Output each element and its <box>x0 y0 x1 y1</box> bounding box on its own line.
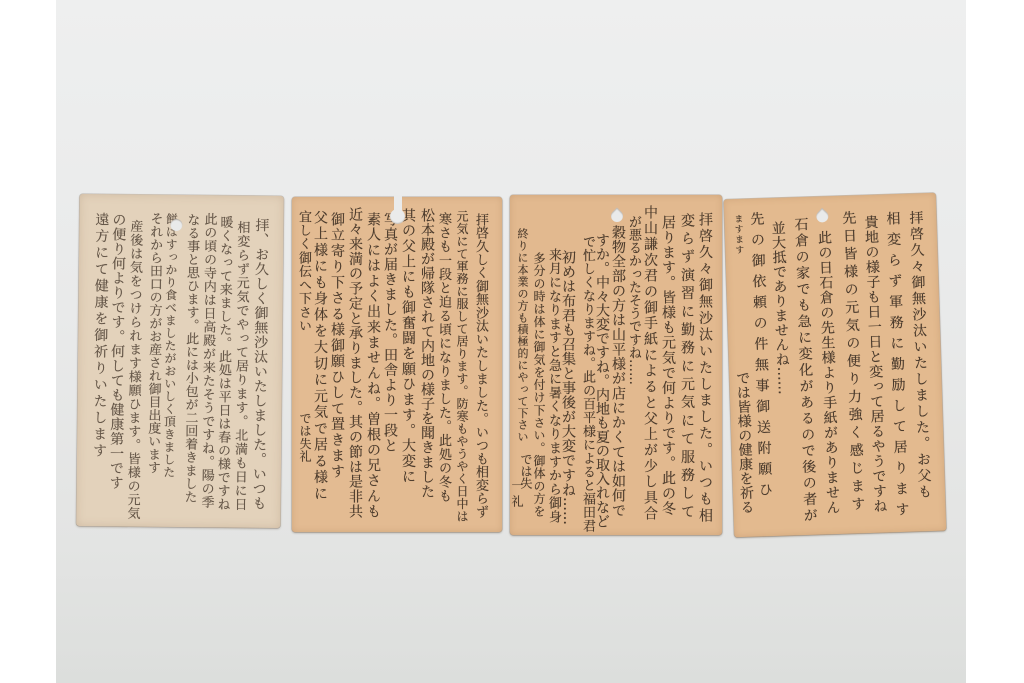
punch-hole <box>170 219 182 231</box>
text-column: 居ります。皆様も元気で何よりです。此の冬 <box>659 215 677 515</box>
text-column: 中山謙次君の御手紙によると父上が少し具合 <box>641 205 659 520</box>
text-column: 寒さも一段と迫る頃になりました。此処の冬も <box>434 212 452 502</box>
text-column: 終りに本業の方も積極的にやって下さい <box>513 228 531 442</box>
signoff: 一礼 <box>508 479 526 507</box>
text-column: 拝啓久々御無沙汰いたしました。お父も <box>906 210 933 498</box>
postcard-3: 拝啓久々御無沙汰いたしました。いつも相 変らず演習に勤務に元気にて服務して 居り… <box>510 195 722 535</box>
text-column: で忙しくなりますね。此の百平様によると福田君 <box>578 235 596 532</box>
text-column: 遠方にて健康を御祈りいたします <box>90 212 111 457</box>
text-column: それから田口の方がお産され御目出度います <box>143 212 164 474</box>
text-column: ますます <box>730 214 745 254</box>
text-column: 拝、お久しく御無沙汰いたしました。いつも <box>249 218 270 510</box>
postcard-1: 拝、お久しく御無沙汰いたしました。いつも 相変らず元気でやって居ります。北満も日… <box>76 194 283 528</box>
text-column: 此の日石倉の先生様より手紙がありません <box>815 230 842 514</box>
text-column: なる事と思ひます。此には小包が二回着きました <box>180 213 201 503</box>
text-column: 拝啓久しく御無沙汰いたしました。いつも相変らず <box>471 213 489 518</box>
text-column: 御立寄り下さる様御願ひして置きます <box>328 212 346 478</box>
text-column: 石倉の家でも急に変化があるので後の者が <box>791 217 819 522</box>
text-column: 松本殿が帰隊されて内地の様子を聞きました <box>418 208 436 498</box>
text-column: 宜しく御伝へ下さい <box>294 210 312 332</box>
text-column: 拝啓久々御無沙汰いたしました。いつも相 <box>696 212 714 522</box>
text-column: 並大抵でありませんね…… <box>768 220 791 394</box>
text-column: 元気にて軍務に服して居ります。防寒もやうやく日中は <box>453 210 471 522</box>
text-column: 穀物全部の方は山平様が店にかくては如何で <box>609 225 627 517</box>
signoff: では失礼 <box>296 412 314 462</box>
punch-hole <box>609 208 626 225</box>
page: { "photo": { "background_color": "#e9eae… <box>0 0 1024 683</box>
punch-hole <box>814 208 831 225</box>
text-column: 素人にはよく出来ませんね。曽根の兄さんも <box>364 212 382 518</box>
text-column: 其の父上にも御奮闘を願ひます。大変に <box>399 208 417 483</box>
postcard-2: 拝啓久しく御無沙汰いたしました。いつも相変らず 元気にて軍務に服して居ります。防… <box>292 197 502 532</box>
text-column: 近々来満の予定と承りました。其の節は是非共 <box>346 207 364 518</box>
postcard-4: 拝啓久々御無沙汰いたしました。お父も 相変らず軍務に勤励して居ります 貴地の様子… <box>724 193 947 537</box>
keyhole-notch-hole <box>390 209 405 224</box>
text-column: 変らず演習に勤務に元気にて服務して <box>678 213 696 518</box>
text-column: 写真が届きました。田舎より一段と <box>381 212 399 452</box>
